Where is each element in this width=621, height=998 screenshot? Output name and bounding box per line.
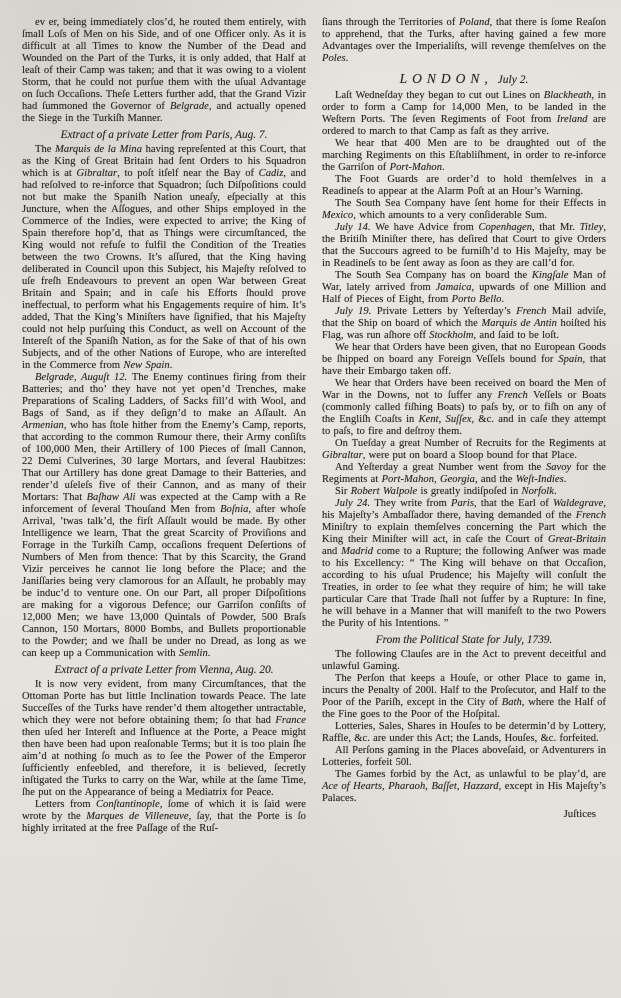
italic-text: New Spain [123, 360, 169, 371]
italic-text: Ace of Hearts [322, 781, 382, 792]
catchword: Juſtices [322, 808, 606, 820]
italic-text: Ireland [557, 114, 588, 125]
italic-text: French [516, 306, 546, 317]
paragraph: The Perſon that keeps a Houſe, or other … [322, 673, 606, 721]
italic-text: Baſhaw Ali [87, 492, 136, 503]
newspaper-page: ev er, being immediately clos’d, he rout… [0, 0, 621, 998]
italic-text: Mexico [322, 210, 353, 221]
paragraph: Sir Robert Walpole is greatly indiſpoſed… [322, 486, 606, 498]
paragraph: And Yeſterday a great Number went from t… [322, 462, 606, 486]
paragraph: The Foot Guards are order’d to hold them… [322, 174, 606, 198]
paragraph: The Games forbid by the Act, as unlawful… [322, 769, 606, 805]
paragraph: The South Sea Company have ſent home for… [322, 198, 606, 222]
italic-text: Cadiz [259, 168, 284, 179]
paragraph-dateline: July 14. [335, 222, 375, 233]
italic-text: Titley [580, 222, 604, 233]
italic-text: Gibraltar [322, 450, 363, 461]
right-column: ſians through the Territories of Poland,… [322, 17, 606, 835]
italic-text: Marquis de Antin [481, 318, 557, 329]
paragraph-dateline: Belgrade, Auguſt 12. [35, 372, 132, 383]
paragraph: ev er, being immediately clos’d, he rout… [22, 17, 306, 125]
italic-text: Marques de Villeneuve [86, 811, 188, 822]
italic-text: Kingſale [532, 270, 569, 281]
italic-text: Marquis de la Mina [55, 144, 142, 155]
political-state-heading: From the Political State for July, 1739. [322, 634, 606, 647]
italic-text: Baſſet [431, 781, 456, 792]
italic-text: Georgia [440, 474, 475, 485]
italic-text: Paris [451, 498, 474, 509]
italic-text: Poland [459, 17, 490, 28]
italic-text: Savoy [546, 462, 571, 473]
italic-text: Port-Mahon [390, 162, 442, 173]
italic-text: Belgrade [170, 101, 209, 112]
text-columns: ev er, being immediately clos’d, he rout… [0, 0, 621, 835]
left-column-text: ev er, being immediately clos’d, he rout… [22, 17, 306, 835]
italic-text: Conſtantinople [96, 799, 160, 810]
london-dateline-heading: LONDON, July 2. [322, 70, 606, 88]
italic-text: Weſt-Indies [516, 474, 564, 485]
italic-text: Stockholm [429, 330, 473, 341]
paragraph: Belgrade, Auguſt 12. The Enemy continues… [22, 372, 306, 660]
italic-text: Copenhagen [478, 222, 532, 233]
paragraph: July 14. We have Advice from Copenhagen,… [322, 222, 606, 270]
italic-text: Norfolk [522, 486, 554, 497]
paris-letter-heading: Extract of a private Letter from Paris, … [22, 129, 306, 142]
italic-text: Semlin [179, 648, 208, 659]
paragraph: Letters from Conſtantinople, ſome of whi… [22, 799, 306, 835]
italic-text: Bath [502, 697, 522, 708]
italic-text: France [275, 715, 306, 726]
paragraph: We hear that 400 Men are to be draughted… [322, 138, 606, 174]
paragraph: The following Clauſes are in the Act to … [322, 649, 606, 673]
paragraph: Lotteries, Sales, Shares in Houſes to be… [322, 721, 606, 745]
paragraph: It is now very evident, from many Circum… [22, 679, 306, 799]
italic-text: Waldegrave [553, 498, 603, 509]
paragraph-dateline: July 24. [335, 498, 374, 509]
italic-text: Gibraltar [76, 168, 117, 179]
italic-text: Spain [558, 354, 582, 365]
italic-text: Great-Britain [548, 534, 606, 545]
paragraph: July 19. Private Letters by Yeſterday’s … [322, 306, 606, 342]
paragraph: July 24. They write from Paris, that the… [322, 498, 606, 630]
italic-text: Boſnia [220, 504, 248, 515]
paragraph: On Tueſday a great Number of Recruits fo… [322, 438, 606, 462]
paragraph: We hear that Orders have been given, tha… [322, 342, 606, 378]
paragraph: We hear that Orders have been received o… [322, 378, 606, 438]
italic-text: Port-Mahon [382, 474, 434, 485]
paragraph: The Marquis de la Mina having repreſente… [22, 144, 306, 372]
italic-text: Armenian [22, 420, 64, 431]
italic-text: Suſſex [446, 414, 472, 425]
italic-text: Pharaoh [388, 781, 425, 792]
italic-text: Robert Walpole [351, 486, 418, 497]
dateline-date: July 2. [495, 74, 529, 86]
italic-text: French [498, 390, 528, 401]
vienna-letter-heading: Extract of a private Letter from Vienna,… [22, 664, 306, 677]
italic-text: Madrid [341, 546, 373, 557]
italic-text: Blackheath [544, 90, 592, 101]
italic-text: Kent [419, 414, 439, 425]
paragraph: All Perſons gaming in the Places aboveſa… [322, 745, 606, 769]
italic-text: Jamaica [436, 282, 472, 293]
city-name: LONDON, [400, 71, 493, 86]
paragraph: ſians through the Territories of Poland,… [322, 17, 606, 65]
paragraph: The South Sea Company has on board the K… [322, 270, 606, 306]
italic-text: Poles [322, 53, 346, 64]
paragraph-dateline: July 19. [335, 306, 377, 317]
italic-text: Porto Bello [452, 294, 502, 305]
paragraph: Laſt Wedneſday they began to cut out Lin… [322, 90, 606, 138]
right-column-text: ſians through the Territories of Poland,… [322, 17, 606, 805]
italic-text: Hazzard [463, 781, 499, 792]
italic-text: French [576, 510, 606, 521]
left-column: ev er, being immediately clos’d, he rout… [22, 17, 306, 835]
